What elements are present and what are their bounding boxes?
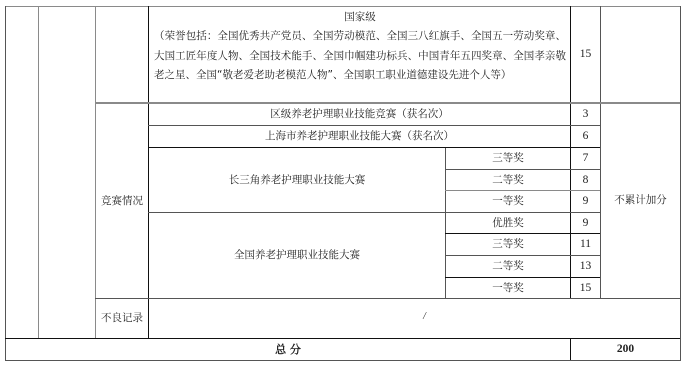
- total-label: 总 分: [6, 339, 570, 360]
- district-competition-name: 区级养老护理职业技能竞赛（获名次）: [149, 103, 570, 125]
- national-level-label: 国家级: [154, 8, 566, 27]
- yangtze-award-third-score: 7: [571, 148, 600, 169]
- yangtze-award-second-score: 8: [571, 170, 600, 190]
- yangtze-award-third: 三等奖: [446, 148, 570, 169]
- shanghai-competition-score: 6: [571, 126, 600, 147]
- competition-category-label: 竞赛情况: [96, 104, 148, 298]
- yangtze-award-second: 二等奖: [446, 170, 570, 190]
- table-left-border: [5, 6, 6, 361]
- national-award-first: 一等奖: [446, 278, 570, 298]
- national-competition-name: 全国养老护理职业技能大赛: [149, 213, 445, 298]
- national-honors-cell: 国家级 （荣誉包括：全国优秀共产党员、全国劳动模范、全国三八红旗手、全国五一劳动…: [149, 6, 570, 103]
- column-divider: [38, 6, 39, 338]
- district-competition-score: 3: [571, 103, 600, 125]
- national-award-second: 二等奖: [446, 256, 570, 277]
- national-award-third: 三等奖: [446, 234, 570, 255]
- national-award-third-score: 11: [571, 234, 600, 255]
- national-award-second-score: 13: [571, 256, 600, 277]
- yangtze-award-first: 一等奖: [446, 191, 570, 212]
- national-honors-score: 15: [571, 6, 600, 102]
- bad-record-label: 不良记录: [96, 299, 148, 338]
- yangtze-competition-name: 长三角养老护理职业技能大赛: [149, 148, 445, 212]
- bad-record-value: /: [149, 299, 680, 338]
- shanghai-competition-name: 上海市养老护理职业技能大赛（获名次）: [149, 126, 570, 147]
- total-value: 200: [571, 339, 680, 360]
- yangtze-award-first-score: 9: [571, 191, 600, 212]
- non-cumulative-note: 不累计加分: [601, 103, 680, 298]
- national-award-first-score: 15: [571, 278, 600, 298]
- national-award-merit-score: 9: [571, 213, 600, 233]
- table-right-border: [680, 6, 681, 361]
- national-award-merit: 优胜奖: [446, 213, 570, 233]
- national-honors-description: （荣誉包括：全国优秀共产党员、全国劳动模范、全国三八红旗手、全国五一劳动奖章、大…: [154, 30, 566, 81]
- table-bottom-border: [5, 360, 681, 361]
